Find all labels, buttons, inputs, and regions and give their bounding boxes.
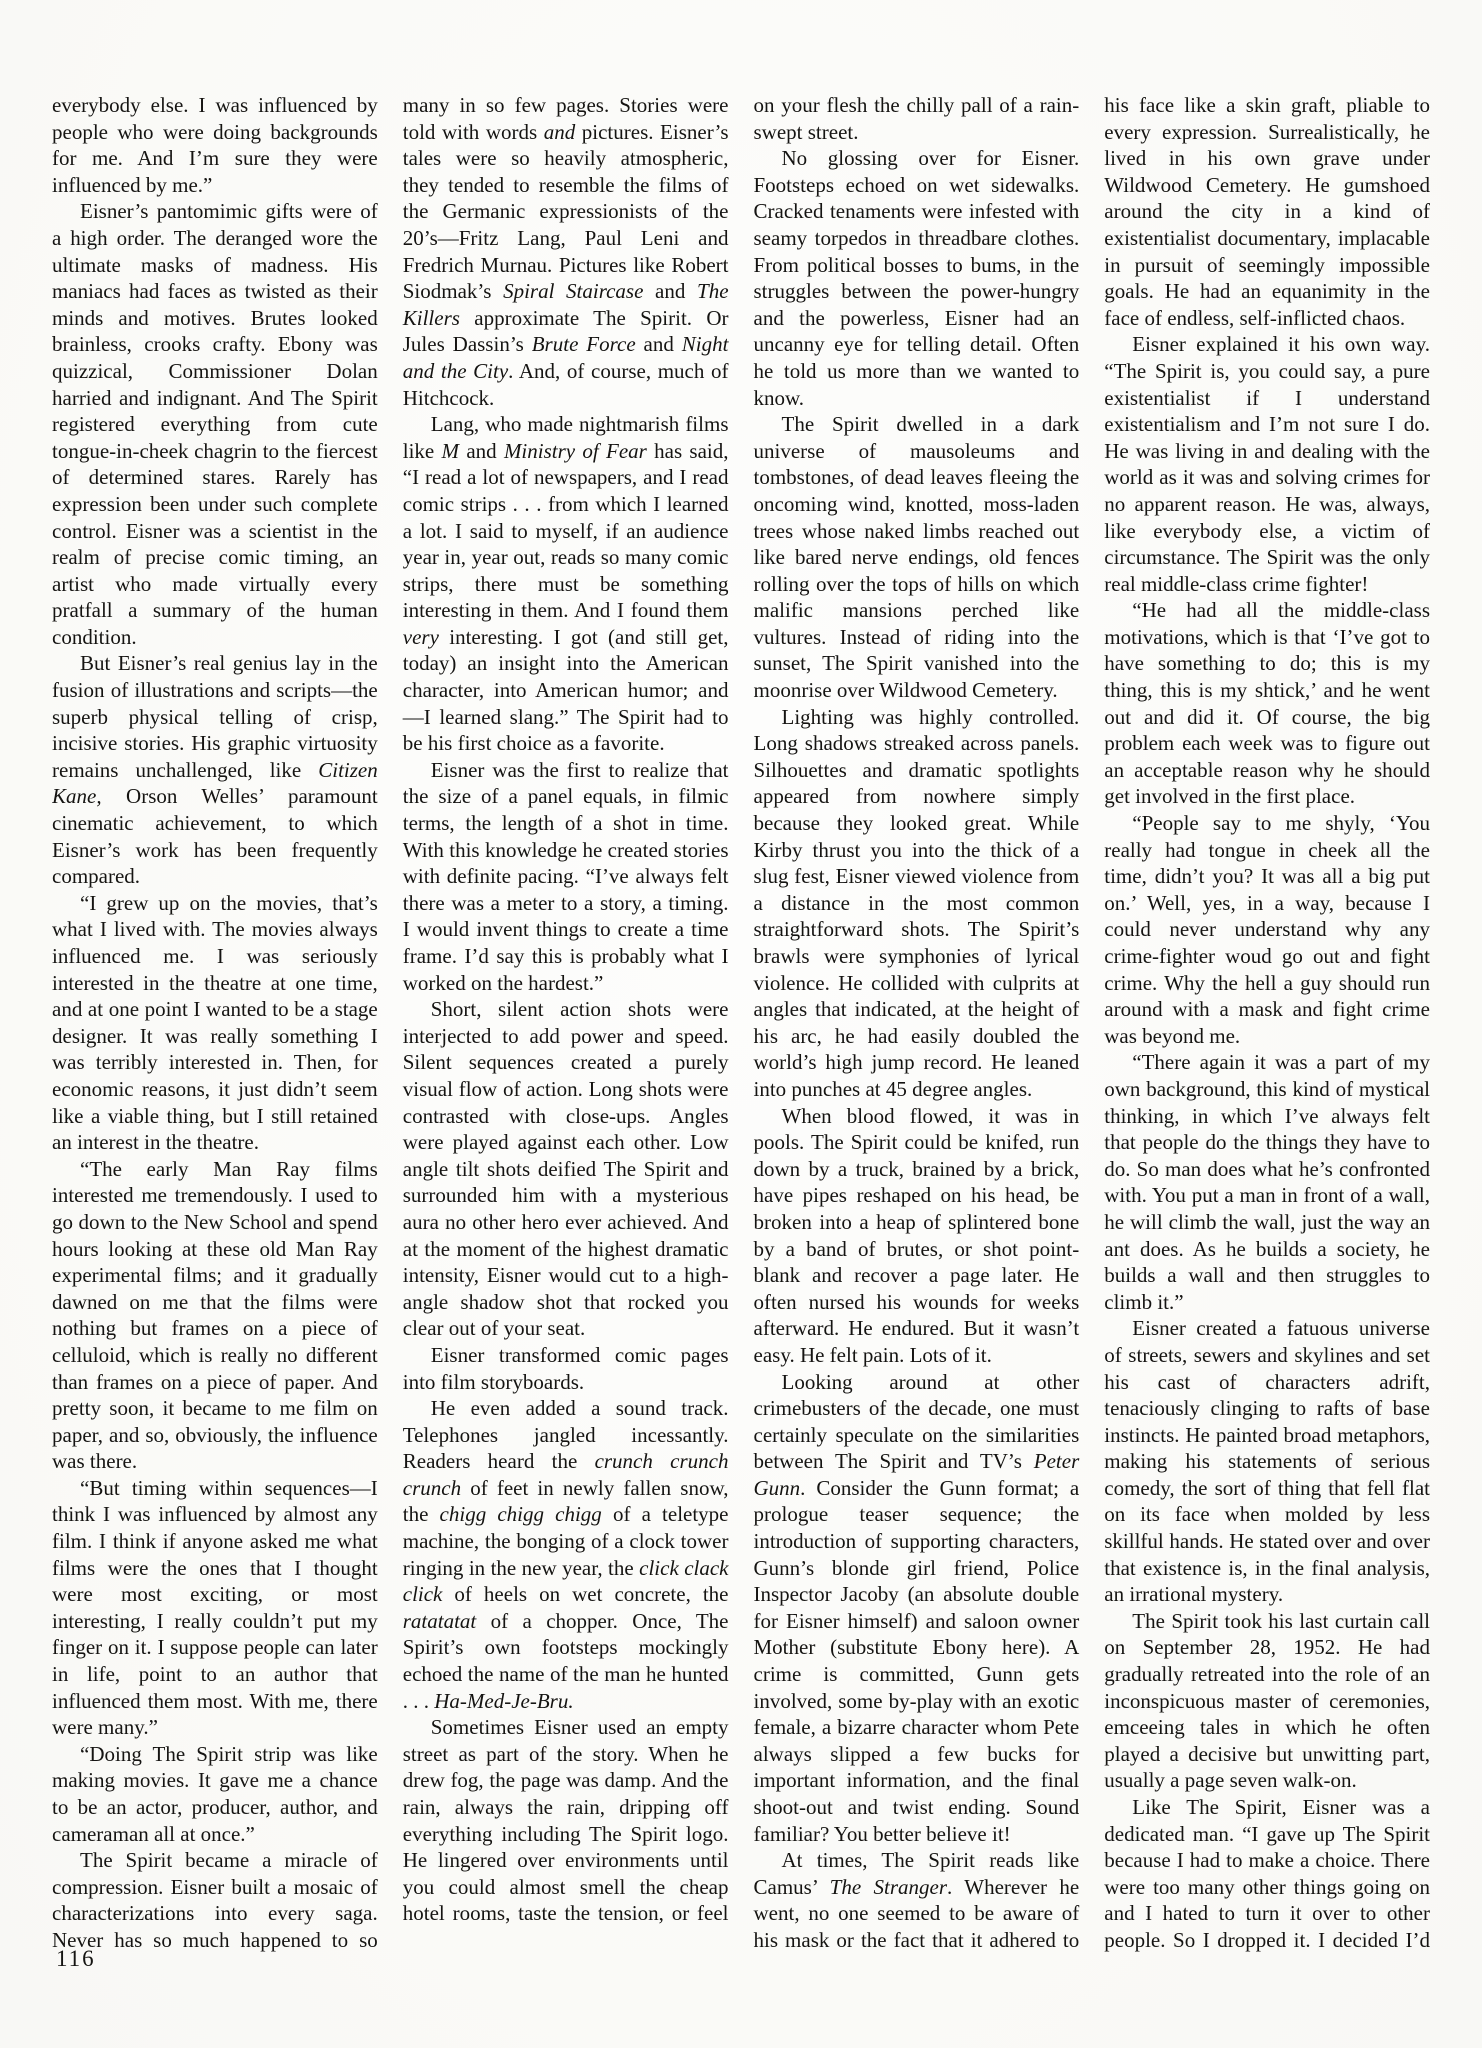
paragraph: Lighting was highly controlled. Long sha… xyxy=(754,704,1080,1103)
body-text: “Doing The Spirit strip was like making … xyxy=(52,1742,378,1846)
italic-text: M xyxy=(442,439,460,463)
body-text: and xyxy=(636,332,682,356)
body-text: “He had all the middle-class motivations… xyxy=(1104,598,1430,808)
paragraph: Eisner explained it his own way. “The Sp… xyxy=(1104,331,1430,597)
italic-text: The Stranger xyxy=(830,1875,947,1899)
paragraph: “The early Man Ray films interested me t… xyxy=(52,1156,378,1475)
paragraph: When blood flowed, it was in pools. The … xyxy=(754,1103,1080,1369)
paragraph: The Spirit dwelled in a dark universe of… xyxy=(754,411,1080,704)
body-text: “There again it was a part of my own bac… xyxy=(1104,1050,1430,1313)
body-text: Lighting was highly controlled. Long sha… xyxy=(754,705,1080,1101)
italic-text: Ministry of Fear xyxy=(504,439,647,463)
body-text: Eisner was the first to realize that the… xyxy=(403,758,729,995)
body-text: of heels on wet concrete, the xyxy=(442,1582,728,1606)
page-number: 116 xyxy=(56,1946,96,1972)
body-text: everybody else. I was influenced by peop… xyxy=(52,93,378,197)
body-text: “But timing within sequences—I think I w… xyxy=(52,1476,378,1739)
paragraph: Looking around at other crimebusters of … xyxy=(754,1369,1080,1848)
body-text: pictures. Eisner’s tales were so heavily… xyxy=(403,120,729,304)
paragraph: Eisner was the first to realize that the… xyxy=(403,757,729,996)
italic-text: and xyxy=(544,120,576,144)
body-text: When blood flowed, it was in pools. The … xyxy=(754,1104,1080,1367)
body-text: . Consider the Gunn format; a prologue t… xyxy=(754,1476,1080,1846)
paragraph: He even added a sound track. Telephones … xyxy=(403,1395,729,1714)
italic-text: Brute Force xyxy=(532,332,636,356)
body-text: interesting. I got (and still get, today… xyxy=(403,625,729,755)
paragraph: Eisner created a fatuous universe of str… xyxy=(1104,1315,1430,1608)
body-text: “I grew up on the movies, that’s what I … xyxy=(52,891,378,1154)
body-text: Eisner’s pantomimic gifts were of a high… xyxy=(52,199,378,649)
magazine-page: everybody else. I was influenced by peop… xyxy=(0,0,1482,2048)
body-text: Orson Welles’ paramount cinematic achiev… xyxy=(52,784,378,888)
paragraph: “People say to me shyly, ‘You really had… xyxy=(1104,810,1430,1049)
paragraph: But Eisner’s real genius lay in the fusi… xyxy=(52,650,378,889)
paragraph: “He had all the middle-class motivations… xyxy=(1104,597,1430,810)
paragraph: everybody else. I was influenced by peop… xyxy=(52,92,378,198)
paragraph: The Spirit took his last curtain call on… xyxy=(1104,1608,1430,1794)
body-text: No glossing over for Eisner. Footsteps e… xyxy=(754,146,1080,409)
paragraph: Eisner’s pantomimic gifts were of a high… xyxy=(52,198,378,650)
body-text: Eisner created a fatuous universe of str… xyxy=(1104,1316,1430,1606)
italic-text: very xyxy=(403,625,439,649)
paragraph: Short, silent action shots were interjec… xyxy=(403,996,729,1342)
paragraph: Eisner transformed comic pages into film… xyxy=(403,1342,729,1395)
paragraph: “But timing within sequences—I think I w… xyxy=(52,1475,378,1741)
paragraph: “There again it was a part of my own bac… xyxy=(1104,1049,1430,1315)
body-text: and xyxy=(643,279,697,303)
body-text: The Spirit took his last curtain call on… xyxy=(1104,1609,1430,1793)
italic-text: Ha-Med-Je-Bru. xyxy=(434,1689,573,1713)
paragraph: Lang, who made nightmarish films like M … xyxy=(403,411,729,757)
body-text: has said, “I read a lot of newspapers, a… xyxy=(403,439,729,623)
body-text: “The early Man Ray films interested me t… xyxy=(52,1157,378,1474)
body-text: “People say to me shyly, ‘You really had… xyxy=(1104,811,1430,1048)
body-text: The Spirit dwelled in a dark universe of… xyxy=(754,412,1080,702)
body-text: Eisner explained it his own way. “The Sp… xyxy=(1104,332,1430,595)
paragraph: No glossing over for Eisner. Footsteps e… xyxy=(754,145,1080,411)
italic-text: chigg chigg chigg xyxy=(440,1502,602,1526)
body-text: Looking around at other crimebusters of … xyxy=(754,1370,1080,1474)
body-text: and xyxy=(459,439,504,463)
paragraph: “I grew up on the movies, that’s what I … xyxy=(52,890,378,1156)
italic-text: Spiral Staircase xyxy=(503,279,643,303)
article-text: everybody else. I was influenced by peop… xyxy=(52,92,1430,1954)
paragraph: “Doing The Spirit strip was like making … xyxy=(52,1741,378,1847)
body-text: Short, silent action shots were interjec… xyxy=(403,997,729,1340)
italic-text: ratatatat xyxy=(403,1609,477,1633)
body-text: Eisner transformed comic pages into film… xyxy=(403,1343,729,1394)
